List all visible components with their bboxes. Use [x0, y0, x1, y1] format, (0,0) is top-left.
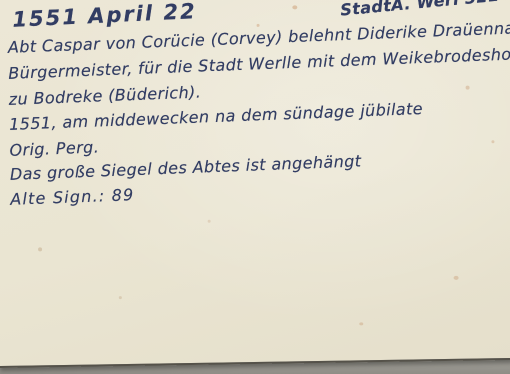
foxing-spot: [208, 220, 211, 223]
foxing-spot: [491, 140, 494, 143]
archive-reference: StadtA. Werl 321: [339, 0, 500, 20]
foxing-spot: [292, 5, 297, 9]
foxing-spot: [454, 276, 459, 280]
archive-index-card: 1551 April 22 StadtA. Werl 321 Abt Caspa…: [0, 0, 510, 368]
card-date-heading: 1551 April 22: [12, 0, 197, 32]
foxing-spot: [119, 296, 122, 299]
handwritten-line: Alte Sign.: 89: [10, 185, 135, 209]
handwritten-line: zu Bodreke (Büderich).: [8, 82, 201, 108]
foxing-spot: [466, 86, 470, 90]
handwritten-line: Orig. Perg.: [9, 137, 99, 159]
foxing-spot: [38, 247, 42, 251]
photo-backdrop: 1551 April 22 StadtA. Werl 321 Abt Caspa…: [0, 0, 510, 374]
foxing-spot: [257, 24, 260, 27]
foxing-spot: [359, 322, 363, 325]
